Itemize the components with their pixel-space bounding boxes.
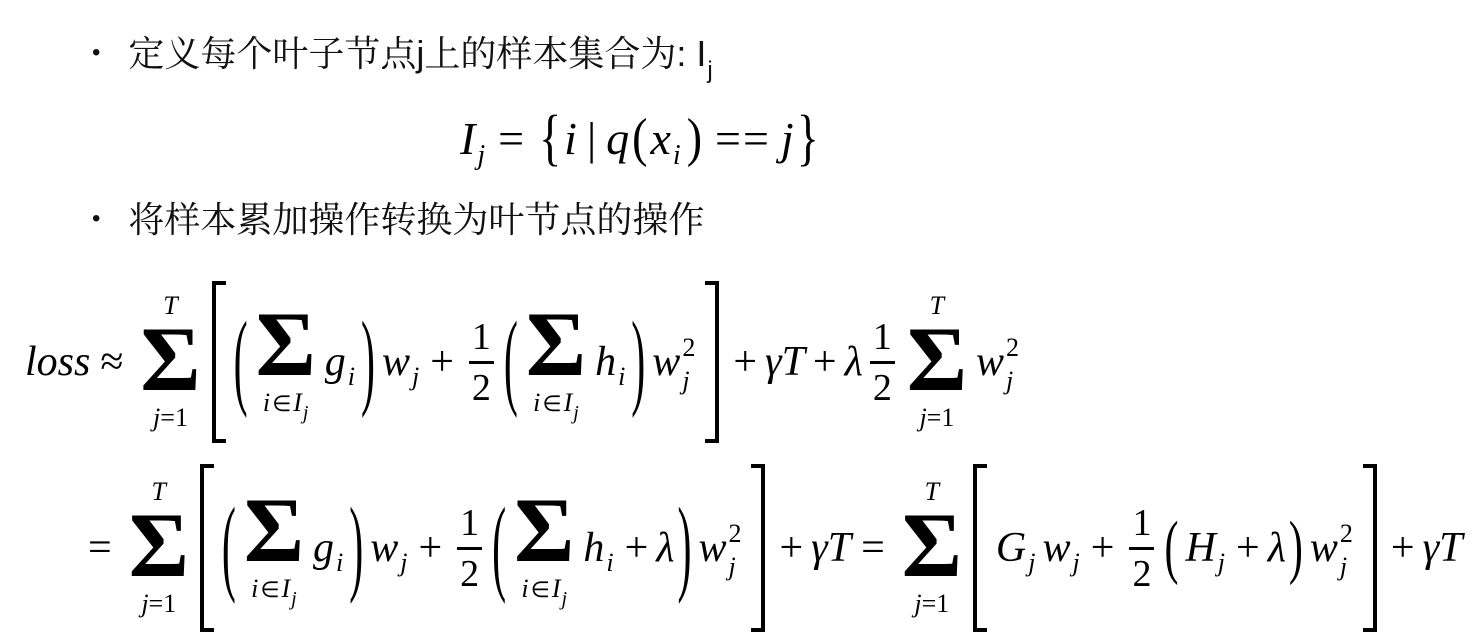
var-T: T	[1439, 525, 1462, 571]
sum-lower-limit: i∈Ij	[251, 576, 297, 602]
fraction-bar	[1129, 547, 1154, 550]
sum-over-leaves: T Σ j=1	[140, 293, 200, 431]
limit-var: i	[263, 390, 270, 416]
sub-sup-j-squared: 2j	[1340, 521, 1353, 580]
plus-sign: +	[430, 338, 454, 386]
slide: { "page": { "background": "#ffffff", "te…	[0, 0, 1471, 644]
numerator: 1	[457, 504, 482, 542]
formula-loss-line1: loss ≈ T Σ j=1 ( Σ i∈Ij g i ) w j + 1 2 …	[25, 278, 1024, 446]
right-brace: }	[797, 107, 819, 169]
bullet-text: 将样本累加操作转换为叶节点的操作	[128, 198, 704, 241]
sum-lower-limit: j=1	[153, 405, 188, 431]
numerator: 1	[469, 318, 494, 356]
limit-var: i	[521, 576, 528, 602]
limit-eq: =	[922, 591, 937, 617]
fraction-bar	[870, 361, 895, 364]
fraction-bar	[457, 547, 482, 550]
sub-sup-j-squared: 2j	[728, 521, 741, 580]
sum-over-samples: Σ i∈Ij	[514, 494, 574, 602]
subscript-j: j	[1073, 548, 1080, 578]
sum-over-leaves: T Σ j=1	[907, 293, 967, 431]
plus-sign: +	[813, 338, 837, 386]
superscript-2: 2	[1340, 521, 1353, 547]
var-g: g	[313, 524, 334, 572]
var-w: w	[382, 338, 410, 386]
limit-set: I	[552, 576, 561, 602]
numerator: 1	[870, 318, 895, 356]
plus-sign: +	[1391, 524, 1415, 572]
subscript-i: i	[673, 140, 681, 172]
subscript-j: j	[1006, 368, 1013, 394]
left-paren: (	[1164, 512, 1178, 583]
var-w: w	[698, 524, 726, 572]
superscript-2: 2	[1006, 335, 1019, 361]
denominator: 2	[1129, 555, 1154, 593]
var-w: w	[370, 524, 398, 572]
element-of-icon: ∈	[272, 394, 291, 416]
equals-sign: =	[498, 112, 526, 165]
var-i: i	[564, 112, 577, 165]
sum-over-samples: Σ i∈Ij	[526, 308, 586, 416]
element-of-icon: ∈	[260, 580, 279, 602]
limit-eq: =	[927, 405, 942, 431]
sigma-icon: Σ	[129, 509, 189, 583]
limit-var: j	[141, 591, 148, 617]
denominator: 2	[870, 369, 895, 407]
sum-lower-limit: i∈Ij	[521, 576, 567, 602]
fraction-one-half: 1 2	[1129, 504, 1154, 593]
sum-over-samples: Σ i∈Ij	[256, 308, 316, 416]
sum-over-leaves: T Σ j=1	[902, 479, 962, 617]
limit-set-subscript: j	[562, 589, 568, 609]
bullet-text-subscript: j	[707, 57, 712, 84]
sub-sup-j-squared: 2j	[682, 335, 695, 394]
limit-set-subscript: j	[573, 403, 579, 423]
bullet-item-define-leaf-set: • 定义每个叶子节点j上的样本集合为: Ij	[92, 32, 713, 75]
subscript-j: j	[1028, 548, 1035, 578]
left-paren: (	[632, 111, 647, 165]
var-w: w	[1043, 524, 1071, 572]
right-bracket	[751, 464, 765, 632]
right-bracket	[1363, 464, 1377, 632]
such-that-bar: |	[587, 112, 596, 165]
plus-sign: +	[1091, 524, 1115, 572]
right-paren: )	[361, 308, 375, 415]
limit-val: 1	[163, 591, 176, 617]
superscript-2: 2	[682, 335, 695, 361]
bullet-text-main: 定义每个叶子节点j上的样本集合为: I	[128, 33, 706, 74]
right-paren: )	[687, 111, 702, 165]
var-H: H	[1185, 524, 1215, 572]
var-gamma: γ	[811, 525, 828, 571]
denominator: 2	[457, 555, 482, 593]
limit-var: j	[153, 405, 160, 431]
var-loss: loss	[25, 338, 90, 386]
limit-set: I	[293, 390, 302, 416]
subscript-j: j	[728, 554, 735, 580]
right-paren: )	[631, 308, 645, 415]
superscript-2: 2	[728, 521, 741, 547]
bullet-icon: •	[92, 39, 100, 68]
sigma-icon: Σ	[526, 308, 586, 382]
limit-var: i	[251, 576, 258, 602]
left-paren: (	[222, 494, 236, 601]
limit-eq: =	[149, 591, 164, 617]
fraction-one-half: 1 2	[870, 318, 895, 407]
var-T: T	[782, 339, 805, 385]
var-lambda: λ	[845, 338, 863, 386]
var-G: G	[996, 524, 1026, 572]
limit-eq: =	[160, 405, 175, 431]
subscript-i: i	[336, 548, 343, 578]
sum-lower-limit: j=1	[914, 591, 949, 617]
left-bracket	[973, 464, 987, 632]
var-T: T	[828, 525, 851, 571]
limit-val: 1	[175, 405, 188, 431]
sum-lower-limit: i∈Ij	[533, 390, 579, 416]
left-paren: (	[234, 308, 248, 415]
subscript-j: j	[1340, 554, 1347, 580]
numerator: 1	[1129, 504, 1154, 542]
sum-lower-limit: j=1	[141, 591, 176, 617]
sigma-icon: Σ	[244, 494, 304, 568]
sigma-icon: Σ	[140, 323, 200, 397]
subscript-j: j	[477, 140, 485, 172]
var-w: w	[976, 338, 1004, 386]
left-bracket	[212, 281, 226, 443]
limit-set: I	[282, 576, 291, 602]
limit-val: 1	[941, 405, 954, 431]
limit-var: i	[533, 390, 540, 416]
plus-sign: +	[1236, 524, 1260, 572]
left-brace: {	[539, 107, 561, 169]
plus-sign: +	[733, 338, 757, 386]
subscript-i: i	[606, 548, 613, 578]
subscript-i: i	[348, 362, 355, 392]
bullet-item-convert-accumulation: • 将样本累加操作转换为叶节点的操作	[92, 198, 704, 241]
var-q: q	[606, 112, 629, 165]
element-of-icon: ∈	[531, 580, 550, 602]
limit-var: j	[914, 591, 921, 617]
limit-set: I	[564, 390, 573, 416]
subscript-i: i	[618, 362, 625, 392]
plus-sign: +	[625, 524, 649, 572]
left-paren: (	[492, 494, 506, 601]
gamma-T-term: γT	[1423, 524, 1463, 572]
var-g: g	[325, 338, 346, 386]
sigma-icon: Σ	[514, 494, 574, 568]
plus-sign: +	[418, 524, 442, 572]
right-bracket	[705, 281, 719, 443]
limit-set-subscript: j	[291, 589, 297, 609]
gamma-T-term: γT	[811, 524, 851, 572]
element-of-icon: ∈	[542, 394, 561, 416]
sub-sup-j-squared: 2j	[1006, 335, 1019, 394]
var-lambda: λ	[656, 524, 674, 572]
formula-loss-line2: = T Σ j=1 ( Σ i∈Ij g i ) w j + 1 2 ( Σ i…	[78, 462, 1463, 634]
var-gamma: γ	[765, 339, 782, 385]
limit-set-subscript: j	[303, 403, 309, 423]
var-h: h	[583, 524, 604, 572]
var-w: w	[1310, 524, 1338, 572]
equals-sign: =	[861, 524, 887, 572]
right-paren: )	[1289, 512, 1303, 583]
limit-var: j	[919, 405, 926, 431]
approx-sign: ≈	[100, 338, 125, 386]
left-paren: (	[504, 308, 518, 415]
sum-over-samples: Σ i∈Ij	[244, 494, 304, 602]
bullet-icon: •	[92, 205, 100, 234]
right-paren: )	[677, 494, 691, 601]
limit-val: 1	[936, 591, 949, 617]
var-x: x	[650, 112, 670, 165]
var-I: I	[460, 112, 475, 165]
subscript-j: j	[1218, 548, 1225, 578]
bullet-text: 定义每个叶子节点j上的样本集合为: Ij	[128, 32, 712, 75]
formula-set-definition: I j = { i | q ( x i ) == j }	[460, 96, 822, 180]
var-lambda: λ	[1268, 524, 1286, 572]
right-paren: )	[349, 494, 363, 601]
sum-lower-limit: j=1	[919, 405, 954, 431]
subscript-j: j	[412, 362, 419, 392]
var-w: w	[652, 338, 680, 386]
fraction-one-half: 1 2	[457, 504, 482, 593]
denominator: 2	[469, 369, 494, 407]
var-j: j	[781, 112, 794, 165]
sigma-icon: Σ	[902, 509, 962, 583]
double-equals-sign: ==	[715, 112, 771, 165]
gamma-T-term: γT	[765, 338, 805, 386]
left-bracket	[200, 464, 214, 632]
var-gamma: γ	[1423, 525, 1440, 571]
sum-over-leaves: T Σ j=1	[129, 479, 189, 617]
fraction-bar	[469, 361, 494, 364]
subscript-j: j	[682, 368, 689, 394]
var-h: h	[595, 338, 616, 386]
sigma-icon: Σ	[256, 308, 316, 382]
fraction-one-half: 1 2	[469, 318, 494, 407]
equals-sign: =	[88, 524, 114, 572]
plus-sign: +	[779, 524, 803, 572]
sigma-icon: Σ	[907, 323, 967, 397]
subscript-j: j	[400, 548, 407, 578]
sum-lower-limit: i∈Ij	[263, 390, 309, 416]
